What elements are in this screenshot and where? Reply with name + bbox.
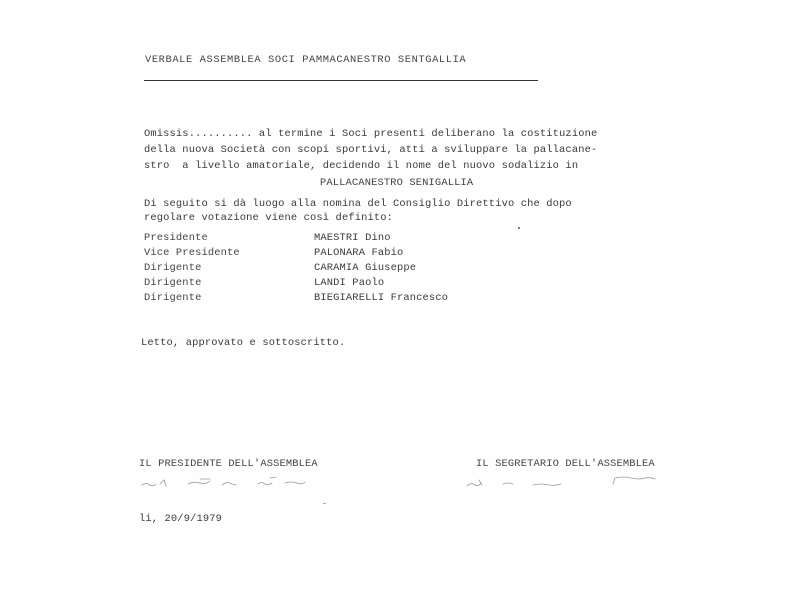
board-member-row: Dirigente LANDI Paolo [144, 276, 448, 291]
board-name: CARAMIA Giuseppe [314, 261, 416, 276]
board-role: Dirigente [144, 261, 314, 276]
paragraph-line: regolare votazione viene così definito: [144, 211, 572, 225]
board-name: BIEGIARELLI Francesco [314, 291, 448, 306]
paragraph-line: Omissis.......... al termine i Soci pres… [144, 126, 784, 142]
board-member-row: Vice Presidente PALONARA Fabio [144, 246, 448, 261]
board-role: Presidente [144, 231, 314, 246]
document-date: li, 20/9/1979 [139, 513, 222, 525]
board-name: MAESTRI Dino [314, 231, 391, 246]
board-name: LANDI Paolo [314, 276, 384, 291]
board-member-row: Dirigente BIEGIARELLI Francesco [144, 291, 448, 306]
president-signature [140, 474, 360, 488]
approval-statement: Letto, approvato e sottoscritto. [141, 337, 345, 349]
board-role: Dirigente [144, 276, 314, 291]
scan-speck [518, 227, 520, 229]
paragraph-line: stro a livello amatoriale, decidendo il … [144, 158, 784, 174]
paragraph-board-nomination: Di seguito si dà luogo alla nomina del C… [144, 197, 572, 225]
club-name: PALLACANESTRO SENIGALLIA [320, 177, 473, 189]
board-member-row: Presidente MAESTRI Dino [144, 231, 448, 246]
board-member-row: Dirigente CARAMIA Giuseppe [144, 261, 448, 276]
board-role: Dirigente [144, 291, 314, 306]
paragraph-line: Di seguito si dà luogo alla nomina del C… [144, 197, 572, 211]
board-role: Vice Presidente [144, 246, 314, 261]
paragraph-constitution: Omissis.......... al termine i Soci pres… [144, 126, 784, 174]
secretary-signature-label: IL SEGRETARIO DELL'ASSEMBLEA [476, 458, 655, 470]
scanned-document-page: VERBALE ASSEMBLEA SOCI PAMMACANESTRO SEN… [0, 0, 800, 600]
president-signature-label: IL PRESIDENTE DELL'ASSEMBLEA [139, 458, 318, 470]
board-name: PALONARA Fabio [314, 246, 403, 261]
paragraph-line: della nuova Società con scopi sportivi, … [144, 142, 784, 158]
board-members-list: Presidente MAESTRI Dino Vice Presidente … [144, 231, 448, 306]
scan-speck [323, 503, 326, 504]
secretary-signature [463, 474, 703, 488]
title-underline [144, 80, 538, 81]
document-title: VERBALE ASSEMBLEA SOCI PAMMACANESTRO SEN… [145, 54, 466, 67]
